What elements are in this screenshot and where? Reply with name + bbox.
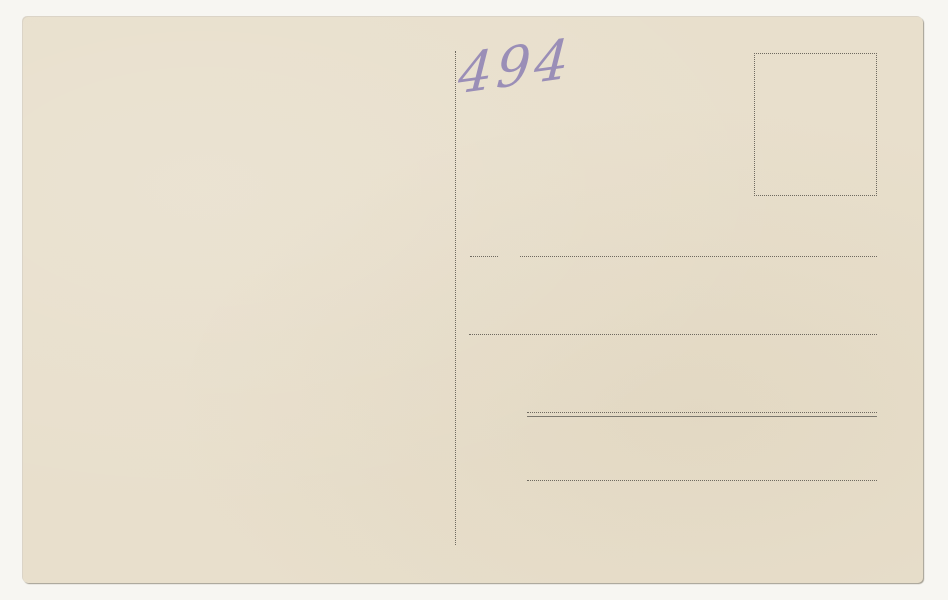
address-line-1-short: [470, 256, 498, 257]
stamp-placement-box: [754, 53, 877, 196]
handwritten-number: 494: [456, 26, 574, 106]
address-line-1: [520, 256, 877, 257]
address-line-3: [527, 412, 877, 417]
postcard-back: 494: [23, 17, 923, 583]
address-line-4: [527, 480, 877, 481]
message-address-divider: [455, 51, 456, 545]
address-line-2: [469, 334, 877, 335]
